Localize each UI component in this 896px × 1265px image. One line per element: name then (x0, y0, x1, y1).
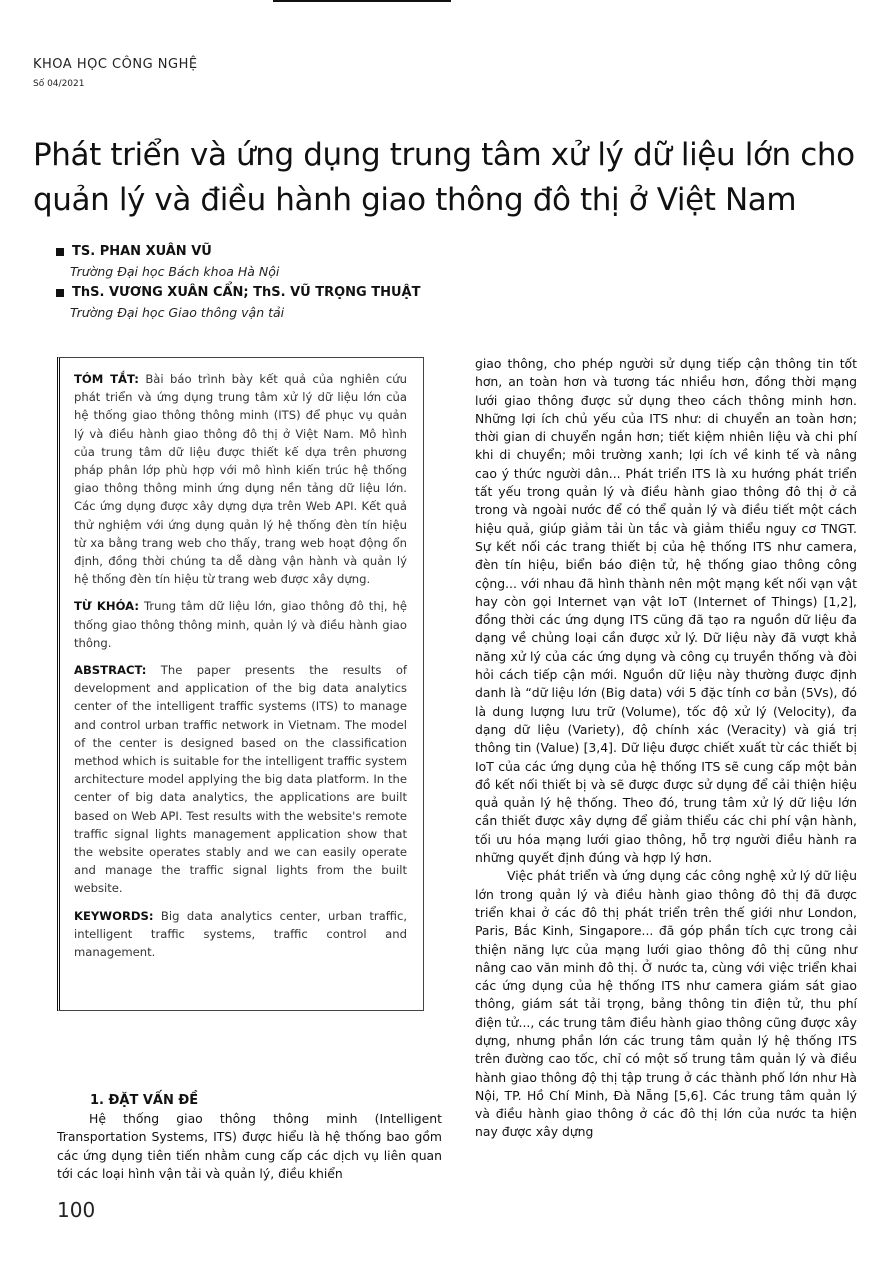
top-rule (273, 0, 451, 2)
summary-text: Bài báo trình bày kết quả của nghiên cứu… (74, 372, 407, 586)
issue-label: Số 04/2021 (33, 79, 84, 89)
summary-label: TÓM TẮT: (74, 372, 139, 386)
author-entry: ThS. VƯƠNG XUÂN CẨN; ThS. VŨ TRỌNG THUẬT (57, 282, 421, 303)
article-title: Phát triển và ứng dụng trung tâm xử lý d… (33, 133, 873, 223)
abstract-label: ABSTRACT: (74, 663, 146, 677)
keywords-label: KEYWORDS: (74, 909, 153, 923)
square-bullet-icon (56, 248, 64, 256)
vietnamese-summary: TÓM TẮT: Bài báo trình bày kết quả của n… (74, 370, 407, 588)
square-bullet-icon (56, 289, 64, 297)
body-column-left: Hệ thống giao thông thông minh (Intellig… (57, 1110, 442, 1183)
author-affiliation: Trường Đại học Giao thông vận tải (57, 303, 421, 323)
author-name: TS. PHAN XUÂN VŨ (72, 244, 212, 259)
section-label: KHOA HỌC CÔNG NGHỆ (33, 57, 198, 72)
english-abstract: ABSTRACT: The paper presents the results… (74, 661, 407, 898)
body-paragraph: giao thông, cho phép người sử dụng tiếp … (475, 355, 857, 867)
author-name: ThS. VƯƠNG XUÂN CẨN; ThS. VŨ TRỌNG THUẬT (72, 285, 421, 300)
author-list: TS. PHAN XUÂN VŨ Trường Đại học Bách kho… (57, 241, 421, 323)
vietnamese-keywords: TỪ KHÓA: Trung tâm dữ liệu lớn, giao thô… (74, 597, 407, 652)
body-paragraph: Hệ thống giao thông thông minh (Intellig… (57, 1110, 442, 1183)
body-paragraph: Việc phát triển và ứng dụng các công ngh… (475, 867, 857, 1141)
abstract-box: TÓM TẮT: Bài báo trình bày kết quả của n… (57, 357, 424, 1011)
abstract-text: The paper presents the results of develo… (74, 663, 407, 895)
english-keywords: KEYWORDS: Big data analytics center, urb… (74, 907, 407, 962)
author-affiliation: Trường Đại học Bách khoa Hà Nội (57, 262, 421, 282)
keywords-vn-label: TỪ KHÓA: (74, 599, 139, 613)
author-entry: TS. PHAN XUÂN VŨ (57, 241, 421, 262)
section-heading: 1. ĐẶT VẤN ĐỀ (90, 1093, 198, 1108)
body-column-right: giao thông, cho phép người sử dụng tiếp … (475, 355, 857, 1142)
page-number: 100 (57, 1198, 95, 1222)
